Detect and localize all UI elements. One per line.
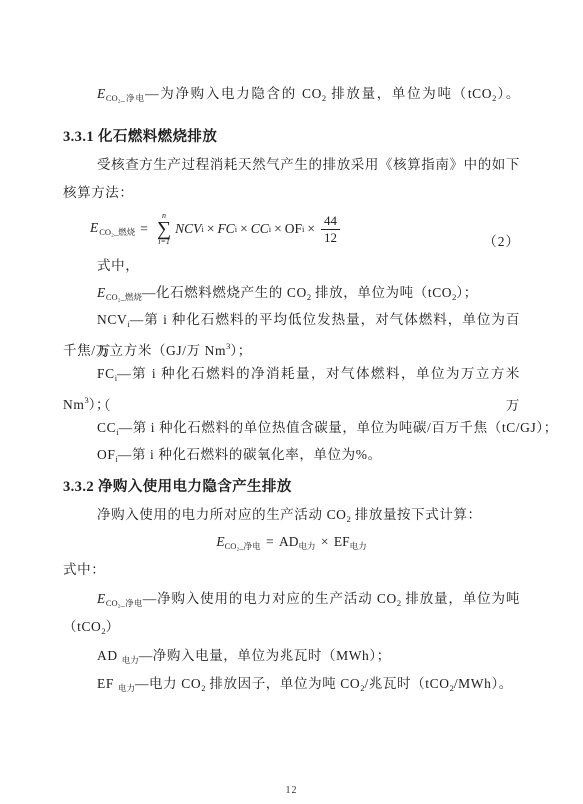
variable-AD: AD — [279, 534, 299, 549]
text-segment: 净购入使用的电力所对应的生产活动 CO — [97, 507, 347, 522]
text-segment: /MWh）。 — [454, 676, 513, 691]
text-line: ECO₂_燃烧—化石燃料燃烧产生的 CO2 排放，单位为吨（tCO2）； — [63, 279, 520, 306]
text-segment: NCV — [175, 221, 201, 237]
text-line: （tCO2） — [63, 613, 520, 642]
multiply-sign: × — [319, 534, 331, 549]
text-segment: —净购入使用的电力对应的生产活动 CO — [143, 591, 397, 606]
page-number: 12 — [0, 785, 583, 796]
text-segment: /兆瓦时（tCO — [365, 676, 450, 691]
text-line: CCi—第 i 种化石燃料的单位热值含碳量，单位为吨碳/百万千焦（tC/GJ）； — [63, 414, 520, 441]
text-line: OFi—第 i 种化石燃料的碳氧化率，单位为%。 — [63, 441, 520, 468]
text-segment: ）。 — [496, 86, 520, 101]
text-segment: —化石燃料燃烧产生的 CO — [142, 285, 307, 300]
text-line: 式中， — [63, 252, 520, 279]
variable-E: E — [90, 220, 98, 235]
text-segment: × — [271, 221, 285, 237]
formula-lhs: ECO₂_燃烧 — [90, 220, 135, 238]
text-segment: 式中： — [63, 562, 105, 577]
text-segment: —净购入电量，单位为兆瓦时（MWh）； — [139, 648, 391, 663]
text-segment: 排放量，单位为吨（tCO — [326, 86, 492, 101]
text-line: EF 电力—电力 CO2 排放因子，单位为吨 CO2/兆瓦时（tCO2/MWh）… — [63, 670, 520, 699]
text-segment: —为净购入电力隐含的 CO — [145, 86, 322, 101]
text-line: 千焦/万立方米（GJ/万 Nm3）； — [63, 333, 520, 360]
text-segment: E — [97, 591, 106, 606]
text-segment: —电力 CO — [135, 676, 201, 691]
text-block-intro: ECO₂_净电—为净购入电力隐含的 CO2 排放量，单位为吨（tCO2）。3.3… — [63, 80, 520, 206]
fraction-44-12: 44 12 — [321, 213, 340, 245]
text-segment: FC — [217, 221, 234, 237]
sigma-icon: ∑ — [157, 220, 171, 238]
text-line: ECO₂_净电—净购入使用的电力对应的生产活动 CO2 排放量，单位为吨 — [63, 585, 520, 614]
text-segment: 千焦/万立方米（GJ/万 Nm — [63, 343, 226, 358]
subscript-text: CO₂_燃烧 — [106, 292, 142, 302]
text-segment: 3.3.1 化石燃料燃烧排放 — [63, 129, 217, 145]
variable-E: E — [216, 534, 224, 549]
variable-subscript: CO₂_净电 — [225, 541, 261, 551]
text-segment: CC — [97, 420, 116, 435]
text-segment: ）； — [456, 285, 477, 300]
subscript-text: 电力 — [118, 683, 135, 693]
text-line: NCVi—第 i 种化石燃料的平均低位发热量，对气体燃料，单位为百万 — [63, 306, 520, 333]
document-page: ECO₂_净电—为净购入电力隐含的 CO2 排放量，单位为吨（tCO2）。3.3… — [0, 0, 583, 804]
text-segment: NCV — [97, 312, 127, 327]
text-line: 核算方法： — [63, 179, 520, 207]
text-segment: —第 i 种化石燃料的碳氧化率，单位为%。 — [118, 447, 382, 462]
text-segment: E — [97, 285, 106, 300]
formula-fossil-combustion: ECO₂_燃烧 = n ∑ i=1 NCVi×FCi×CCi×OFi× 44 1… — [63, 206, 520, 252]
text-segment: 式中， — [97, 258, 139, 273]
text-line: 受核查方生产过程消耗天然气产生的排放采用《核算指南》中的如下 — [63, 151, 520, 179]
equation-number: （2） — [483, 235, 520, 253]
text-segment: OF — [285, 221, 302, 237]
text-segment: × — [237, 221, 251, 237]
sum-lower-limit: i=1 — [158, 238, 170, 246]
text-segment: （tCO — [63, 619, 101, 634]
text-segment: —第 i 种化石燃料的单位热值含碳量，单位为吨碳/百万千焦（tC/GJ）； — [119, 420, 558, 435]
variable-EF: EF — [334, 534, 350, 549]
page-content: ECO₂_净电—为净购入电力隐含的 CO2 排放量，单位为吨（tCO2）。3.3… — [0, 0, 583, 699]
fraction-denominator: 12 — [321, 230, 340, 246]
text-segment: AD — [97, 648, 122, 663]
text-segment: 排放量，单位为吨 — [401, 591, 520, 606]
variable-subscript: 电力 — [350, 541, 367, 551]
equals-sign: = — [264, 534, 276, 549]
subscript-text: 电力 — [122, 655, 139, 665]
text-segment: CC — [251, 221, 269, 237]
text-block-definitions: 式中，ECO₂_燃烧—化石燃料燃烧产生的 CO2 排放，单位为吨（tCO2）；N… — [63, 252, 520, 528]
text-segment: EF — [97, 676, 118, 691]
text-segment: 3.3.2 净购入使用电力隐含产生排放 — [63, 479, 292, 495]
text-segment: FC — [97, 366, 115, 381]
formula-expression: ECO₂_燃烧 = n ∑ i=1 NCVi×FCi×CCi×OFi× 44 1… — [90, 212, 340, 246]
text-line: FCi—第 i 种化石燃料的净消耗量，对气体燃料，单位为万立方米（万 — [63, 360, 520, 387]
text-segment: ）； — [230, 343, 251, 358]
variable-subscript: 电力 — [298, 541, 315, 551]
formula-net-electricity: ECO₂_净电 = AD电力 × EF电力 — [63, 528, 520, 556]
text-block-electricity-definitions: 式中：ECO₂_净电—净购入使用的电力对应的生产活动 CO2 排放量，单位为吨（… — [63, 556, 520, 699]
fraction-numerator: 44 — [321, 213, 340, 230]
text-segment: E — [97, 86, 106, 101]
text-segment: Nm — [63, 397, 84, 412]
text-segment: 排放因子，单位为吨 CO — [205, 676, 360, 691]
text-segment: 受核查方生产过程消耗天然气产生的排放采用《核算指南》中的如下 — [97, 157, 520, 172]
text-segment: 核算方法： — [63, 185, 134, 200]
section-heading: 3.3.1 化石燃料燃烧排放 — [63, 124, 520, 152]
text-segment: 排放，单位为吨（tCO — [311, 285, 452, 300]
summation-symbol: n ∑ i=1 — [157, 212, 171, 246]
text-segment: × — [204, 221, 218, 237]
equals-sign: = — [135, 221, 153, 237]
subscript-text: CO₂_净电 — [106, 598, 143, 608]
text-segment: ）； — [89, 397, 110, 412]
text-segment: 排放量按下式计算： — [351, 507, 482, 522]
text-line: 净购入使用的电力所对应的生产活动 CO2 排放量按下式计算： — [63, 501, 520, 528]
section-heading: 3.3.2 净购入使用电力隐含产生排放 — [63, 474, 520, 501]
text-line: AD 电力—净购入电量，单位为兆瓦时（MWh）； — [63, 642, 520, 671]
text-segment: ） — [106, 619, 120, 634]
text-line: ECO₂_净电—为净购入电力隐含的 CO2 排放量，单位为吨（tCO2）。 — [63, 80, 520, 108]
text-line: 式中： — [63, 556, 520, 585]
subscript-text: CO₂_净电 — [106, 93, 145, 103]
variable-subscript: CO₂_燃烧 — [99, 227, 135, 237]
text-segment: × — [304, 221, 318, 237]
formula-terms: NCVi×FCi×CCi×OFi× — [175, 221, 318, 237]
text-segment: OF — [97, 447, 115, 462]
